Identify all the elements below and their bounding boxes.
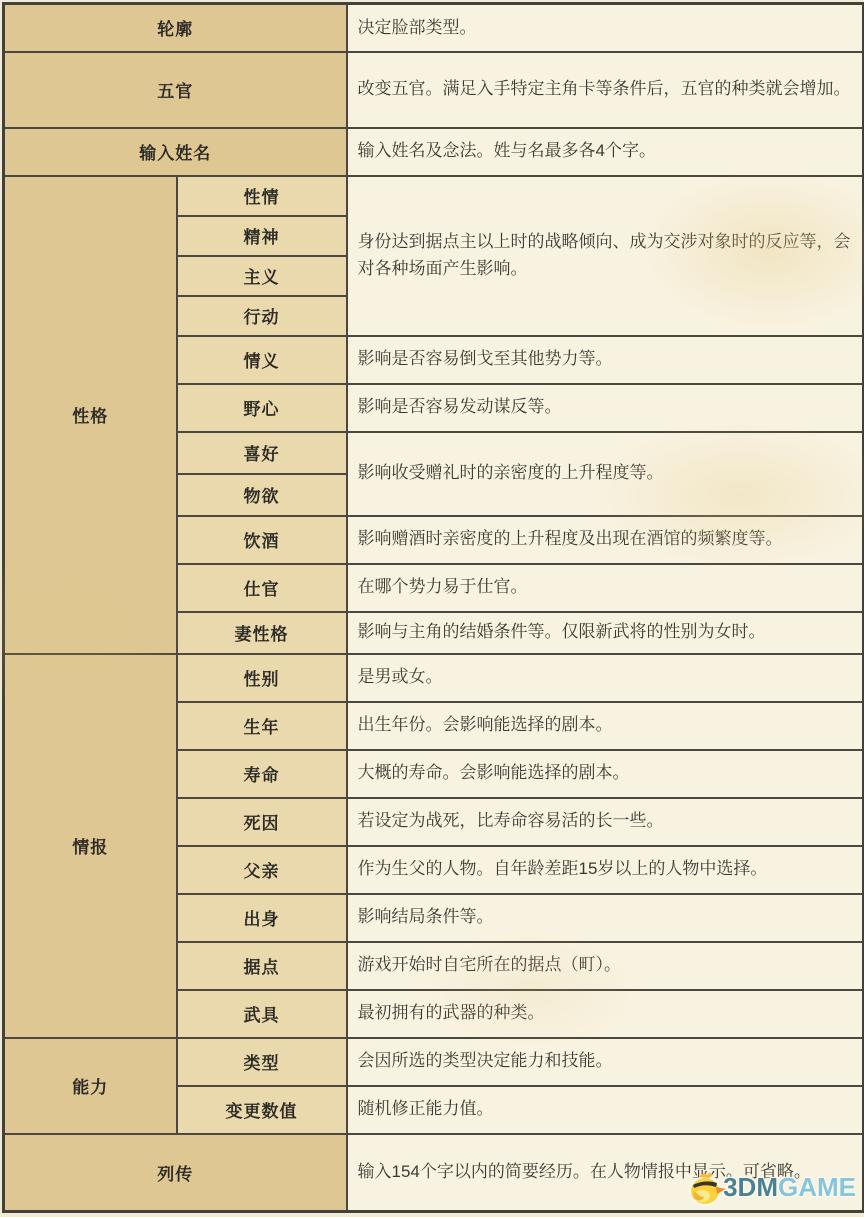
sub-label-cell: 妻性格 bbox=[177, 612, 347, 654]
desc-cell: 影响与主角的结婚条件等。仅限新武将的性别为女时。 bbox=[347, 612, 864, 654]
table-row: 能力 类型 会因所选的类型决定能力和技能。 bbox=[4, 1038, 864, 1086]
table-row: 情报 性别 是男或女。 bbox=[4, 654, 864, 702]
desc-cell: 大概的寿命。会影响能选择的剧本。 bbox=[347, 750, 864, 798]
sub-label-cell: 据点 bbox=[177, 942, 347, 990]
label-cell-biography: 列传 bbox=[4, 1134, 347, 1212]
desc-cell: 影响是否容易发动谋反等。 bbox=[347, 384, 864, 432]
group-cell-info: 情报 bbox=[4, 654, 177, 1038]
sub-label-cell: 类型 bbox=[177, 1038, 347, 1086]
sub-label-cell: 物欲 bbox=[177, 474, 347, 516]
watermark-3dm: 3DM bbox=[723, 1172, 778, 1202]
desc-cell: 影响赠酒时亲密度的上升程度及出现在酒馆的频繁度等。 bbox=[347, 516, 864, 564]
sub-label-cell: 仕官 bbox=[177, 564, 347, 612]
sub-label-cell: 野心 bbox=[177, 384, 347, 432]
label-cell-name-input: 输入姓名 bbox=[4, 128, 347, 176]
table-row: 输入姓名 输入姓名及念法。姓与名最多各4个字。 bbox=[4, 128, 864, 176]
desc-cell: 若设定为战死，比寿命容易活的长一些。 bbox=[347, 798, 864, 846]
group-cell-ability: 能力 bbox=[4, 1038, 177, 1134]
sub-label-cell: 行动 bbox=[177, 296, 347, 336]
desc-cell: 身份达到据点主以上时的战略倾向、成为交涉对象时的反应等，会对各种场面产生影响。 bbox=[347, 176, 864, 336]
sub-label-cell: 精神 bbox=[177, 216, 347, 256]
desc-cell: 游戏开始时自宅所在的据点（町）。 bbox=[347, 942, 864, 990]
sub-label-cell: 性别 bbox=[177, 654, 347, 702]
group-cell-personality: 性格 bbox=[4, 176, 177, 654]
sub-label-cell: 父亲 bbox=[177, 846, 347, 894]
sub-label-cell: 喜好 bbox=[177, 432, 347, 474]
watermark-game: GAME bbox=[778, 1172, 856, 1202]
desc-cell: 出生年份。会影响能选择的剧本。 bbox=[347, 702, 864, 750]
table-row: 轮廓 决定脸部类型。 bbox=[4, 4, 864, 52]
sub-label-cell: 情义 bbox=[177, 336, 347, 384]
table-row: 五官 改变五官。满足入手特定主角卡等条件后，五官的种类就会增加。 bbox=[4, 52, 864, 128]
sub-label-cell: 出身 bbox=[177, 894, 347, 942]
desc-cell: 在哪个势力易于仕官。 bbox=[347, 564, 864, 612]
desc-cell: 会因所选的类型决定能力和技能。 bbox=[347, 1038, 864, 1086]
sub-label-cell: 寿命 bbox=[177, 750, 347, 798]
desc-cell: 影响收受赠礼时的亲密度的上升程度等。 bbox=[347, 432, 864, 516]
3dmgame-watermark: 3DMGAME bbox=[685, 1167, 856, 1207]
sub-label-cell: 变更数值 bbox=[177, 1086, 347, 1134]
desc-cell: 决定脸部类型。 bbox=[347, 4, 864, 52]
sub-label-cell: 饮酒 bbox=[177, 516, 347, 564]
sub-label-cell: 武具 bbox=[177, 990, 347, 1038]
desc-cell: 最初拥有的武器的种类。 bbox=[347, 990, 864, 1038]
desc-cell: 作为生父的人物。自年龄差距15岁以上的人物中选择。 bbox=[347, 846, 864, 894]
label-cell-outline: 轮廓 bbox=[4, 4, 347, 52]
character-creation-guide-table: 轮廓 决定脸部类型。 五官 改变五官。满足入手特定主角卡等条件后，五官的种类就会… bbox=[2, 2, 864, 1213]
desc-cell: 影响结局条件等。 bbox=[347, 894, 864, 942]
sub-label-cell: 主义 bbox=[177, 256, 347, 296]
watermark-text: 3DMGAME bbox=[723, 1172, 856, 1203]
sub-label-cell: 死因 bbox=[177, 798, 347, 846]
desc-cell: 是男或女。 bbox=[347, 654, 864, 702]
label-cell-features: 五官 bbox=[4, 52, 347, 128]
sub-label-cell: 性情 bbox=[177, 176, 347, 216]
table-row: 性格 性情 身份达到据点主以上时的战略倾向、成为交涉对象时的反应等，会对各种场面… bbox=[4, 176, 864, 216]
sub-label-cell: 生年 bbox=[177, 702, 347, 750]
desc-cell: 输入姓名及念法。姓与名最多各4个字。 bbox=[347, 128, 864, 176]
desc-cell: 随机修正能力值。 bbox=[347, 1086, 864, 1134]
desc-cell: 改变五官。满足入手特定主角卡等条件后，五官的种类就会增加。 bbox=[347, 52, 864, 128]
desc-cell: 影响是否容易倒戈至其他势力等。 bbox=[347, 336, 864, 384]
